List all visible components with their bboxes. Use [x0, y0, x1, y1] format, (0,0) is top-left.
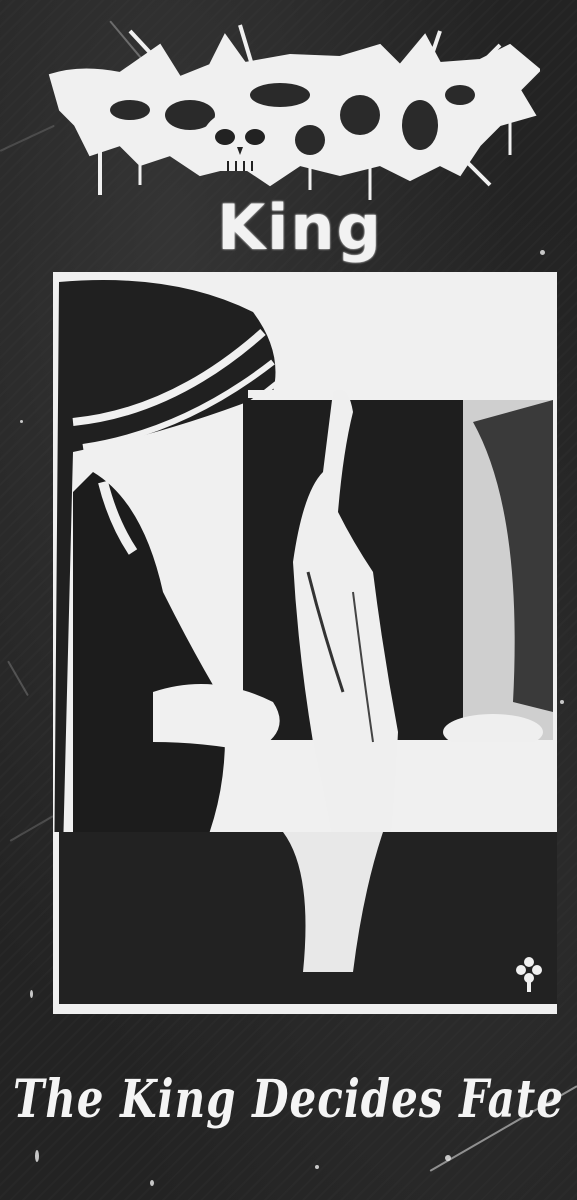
cover-artwork [53, 272, 557, 1014]
album-title: The King Decides Fate [0, 1068, 577, 1129]
band-logo: King [40, 15, 540, 265]
logo-king-text: King [200, 193, 400, 263]
engraving-scene [53, 272, 557, 1014]
